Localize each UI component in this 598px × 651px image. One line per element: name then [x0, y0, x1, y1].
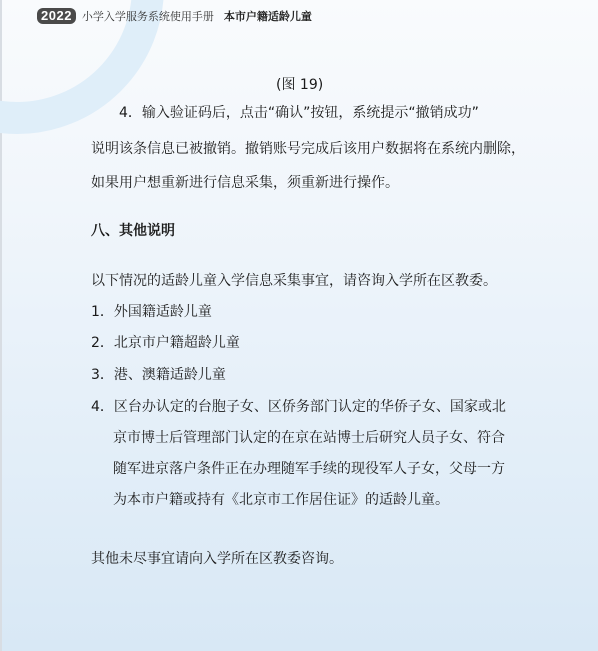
list-item: 1．外国籍适龄儿童	[91, 301, 212, 321]
section-intro: 以下情况的适龄儿童入学信息采集事宜，请咨询入学所在区教委。	[91, 270, 497, 290]
step4-line1: 4．输入验证码后，点击“确认”按钮，系统提示“撤销成功”	[119, 102, 479, 122]
header-title: 本市户籍适龄儿童	[224, 8, 312, 24]
page-header: 2022 小学入学服务系统使用手册 本市户籍适龄儿童	[37, 8, 312, 24]
figure-caption: (图 19)	[276, 74, 323, 94]
list-item-4-line2: 京市博士后管理部门认定的在京在站博士后研究人员子女、符合	[113, 427, 505, 447]
list-item: 2．北京市户籍超龄儿童	[91, 332, 240, 352]
section-heading: 八、其他说明	[91, 220, 175, 240]
list-item-4-line4: 为本市户籍或持有《北京市工作居住证》的适龄儿童。	[113, 489, 449, 509]
list-item: 3．港、澳籍适龄儿童	[91, 364, 226, 384]
list-item-4-line1: 4．区台办认定的台胞子女、区侨务部门认定的华侨子女、国家或北	[91, 396, 506, 416]
step4-line3: 如果用户想重新进行信息采集，须重新进行操作。	[91, 172, 399, 192]
closing-note: 其他未尽事宜请向入学所在区教委咨询。	[91, 548, 343, 568]
step4-line2: 说明该条信息已被撤销。撤销账号完成后该用户数据将在系统内删除，	[91, 138, 525, 158]
year-badge: 2022	[37, 8, 76, 24]
list-item-4-line3: 随军进京落户条件正在办理随军手续的现役军人子女，父母一方	[113, 458, 505, 478]
header-subtitle: 小学入学服务系统使用手册	[82, 8, 214, 24]
